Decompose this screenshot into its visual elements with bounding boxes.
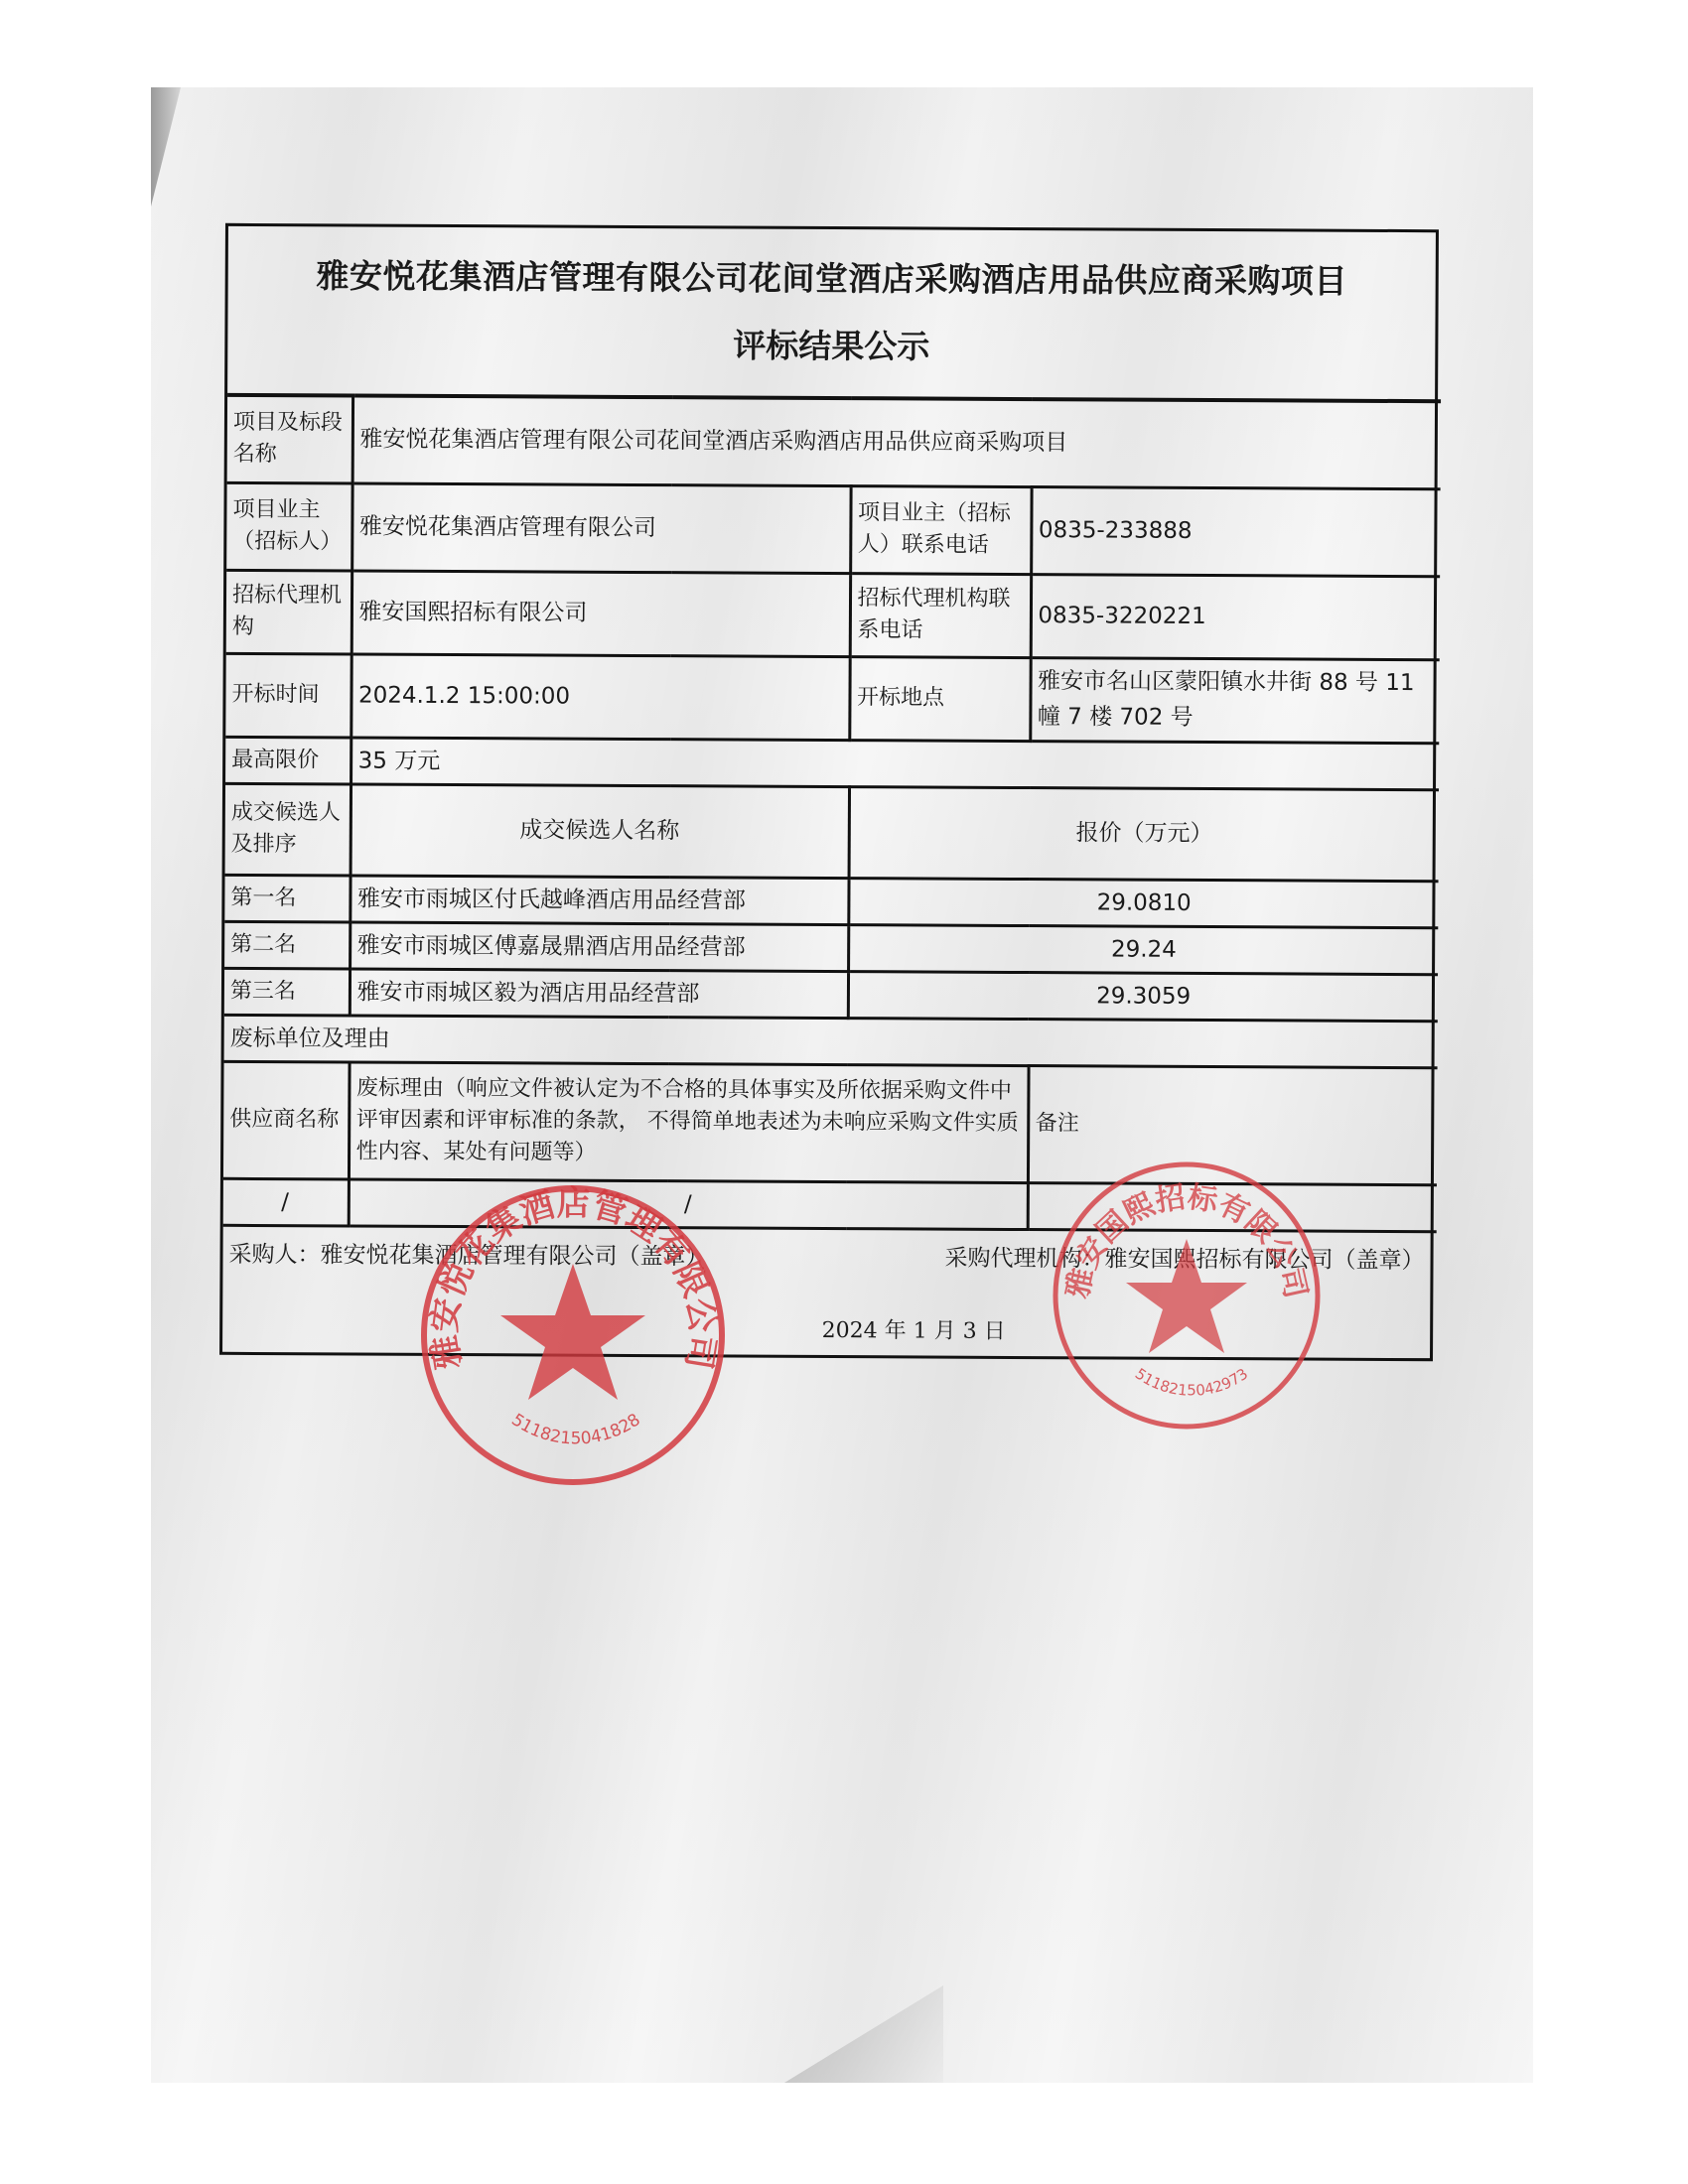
row-max-price: 最高限价 35 万元 xyxy=(225,737,1439,789)
rejected-supplier: / xyxy=(223,1178,349,1226)
candidate-name: 雅安市雨城区傅嘉晟鼎酒店用品经营部 xyxy=(350,921,848,971)
document-title: 雅安悦花集酒店管理有限公司花间堂酒店采购酒店用品供应商采购项目 评标结果公示 xyxy=(227,226,1436,399)
rejected-reason: / xyxy=(349,1178,1028,1229)
candidate-row: 第一名 雅安市雨城区付氏越峰酒店用品经营部 29.0810 xyxy=(224,875,1438,927)
agency-phone-value: 0835-3220221 xyxy=(1031,574,1440,659)
candidate-rank: 第二名 xyxy=(224,921,350,969)
candidate-row: 第二名 雅安市雨城区傅嘉晟鼎酒店用品经营部 29.24 xyxy=(224,921,1438,974)
rejected-supplier-header: 供应商名称 xyxy=(223,1061,350,1179)
candidate-price: 29.24 xyxy=(848,924,1438,974)
owner-phone-value: 0835-233888 xyxy=(1031,486,1440,576)
candidate-price-header: 报价（万元） xyxy=(849,786,1439,881)
row-owner: 项目业主（招标人） 雅安悦花集酒店管理有限公司 项目业主（招标人）联系电话 08… xyxy=(226,482,1440,576)
owner-label: 项目业主（招标人） xyxy=(226,482,352,571)
row-signatures: 采购人：雅安悦花集酒店管理有限公司（盖章） 采购代理机构：雅安国熙招标有限公司（… xyxy=(222,1225,1437,1358)
row-rejected-title: 废标单位及理由 xyxy=(224,1015,1438,1067)
candidate-name-header: 成交候选人名称 xyxy=(351,783,849,878)
project-name-value: 雅安悦花集酒店管理有限公司花间堂酒店采购酒店用品供应商采购项目 xyxy=(352,395,1441,488)
rejected-remark-header: 备注 xyxy=(1028,1065,1438,1184)
rejected-remark xyxy=(1028,1182,1437,1231)
owner-value: 雅安悦花集酒店管理有限公司 xyxy=(352,482,850,573)
open-time-label: 开标时间 xyxy=(225,653,351,738)
open-time-value: 2024.1.2 15:00:00 xyxy=(351,653,849,740)
rejected-reason-header: 废标理由（响应文件被认定为不合格的具体事实及所依据采购文件中评审因素和评审标准的… xyxy=(349,1061,1029,1182)
agency-label: 招标代理机构 xyxy=(226,570,352,654)
row-open: 开标时间 2024.1.2 15:00:00 开标地点 雅安市名山区蒙阳镇水井街… xyxy=(225,653,1439,743)
agency-signature: 采购代理机构：雅安国熙招标有限公司（盖章） xyxy=(944,1240,1424,1279)
open-place-value: 雅安市名山区蒙阳镇水井街 88 号 11 幢 7 楼 702 号 xyxy=(1030,657,1439,743)
rejected-section-label: 废标单位及理由 xyxy=(224,1015,1438,1067)
row-project-name: 项目及标段名称 雅安悦花集酒店管理有限公司花间堂酒店采购酒店用品供应商采购项目 xyxy=(227,395,1441,488)
candidate-rank: 第一名 xyxy=(224,875,350,922)
title-line-2: 评标结果公示 xyxy=(227,306,1435,387)
rejected-row: / / xyxy=(223,1178,1437,1231)
purchaser-signature: 采购人：雅安悦花集酒店管理有限公司（盖章） xyxy=(228,1236,708,1275)
result-table: 项目及标段名称 雅安悦花集酒店管理有限公司花间堂酒店采购酒店用品供应商采购项目 … xyxy=(222,393,1441,1358)
project-name-label: 项目及标段名称 xyxy=(227,395,352,483)
owner-phone-label: 项目业主（招标人）联系电话 xyxy=(850,485,1031,574)
candidates-label: 成交候选人及排序 xyxy=(225,783,351,876)
candidate-rank: 第三名 xyxy=(224,968,350,1016)
max-price-value: 35 万元 xyxy=(351,737,1439,789)
row-candidates-header: 成交候选人及排序 成交候选人名称 报价（万元） xyxy=(225,783,1439,881)
row-rejected-header: 供应商名称 废标理由（响应文件被认定为不合格的具体事实及所依据采购文件中评审因素… xyxy=(223,1061,1438,1184)
announcement-date: 2024 年 1 月 3 日 xyxy=(228,1309,1430,1351)
candidate-name: 雅安市雨城区毅为酒店用品经营部 xyxy=(350,968,848,1018)
candidate-price: 29.3059 xyxy=(848,971,1438,1021)
candidate-name: 雅安市雨城区付氏越峰酒店用品经营部 xyxy=(350,875,848,924)
title-line-1: 雅安悦花集酒店管理有限公司花间堂酒店采购酒店用品供应商采购项目 xyxy=(228,246,1436,312)
candidate-row: 第三名 雅安市雨城区毅为酒店用品经营部 29.3059 xyxy=(224,968,1438,1021)
row-agency: 招标代理机构 雅安国熙招标有限公司 招标代理机构联系电话 0835-322022… xyxy=(226,570,1440,659)
agency-phone-label: 招标代理机构联系电话 xyxy=(850,573,1031,657)
open-place-label: 开标地点 xyxy=(849,656,1030,741)
candidate-price: 29.0810 xyxy=(848,878,1438,927)
announcement-document: 雅安悦花集酒店管理有限公司花间堂酒店采购酒店用品供应商采购项目 评标结果公示 项… xyxy=(219,223,1439,1361)
agency-value: 雅安国熙招标有限公司 xyxy=(352,570,850,656)
max-price-label: 最高限价 xyxy=(225,737,351,784)
